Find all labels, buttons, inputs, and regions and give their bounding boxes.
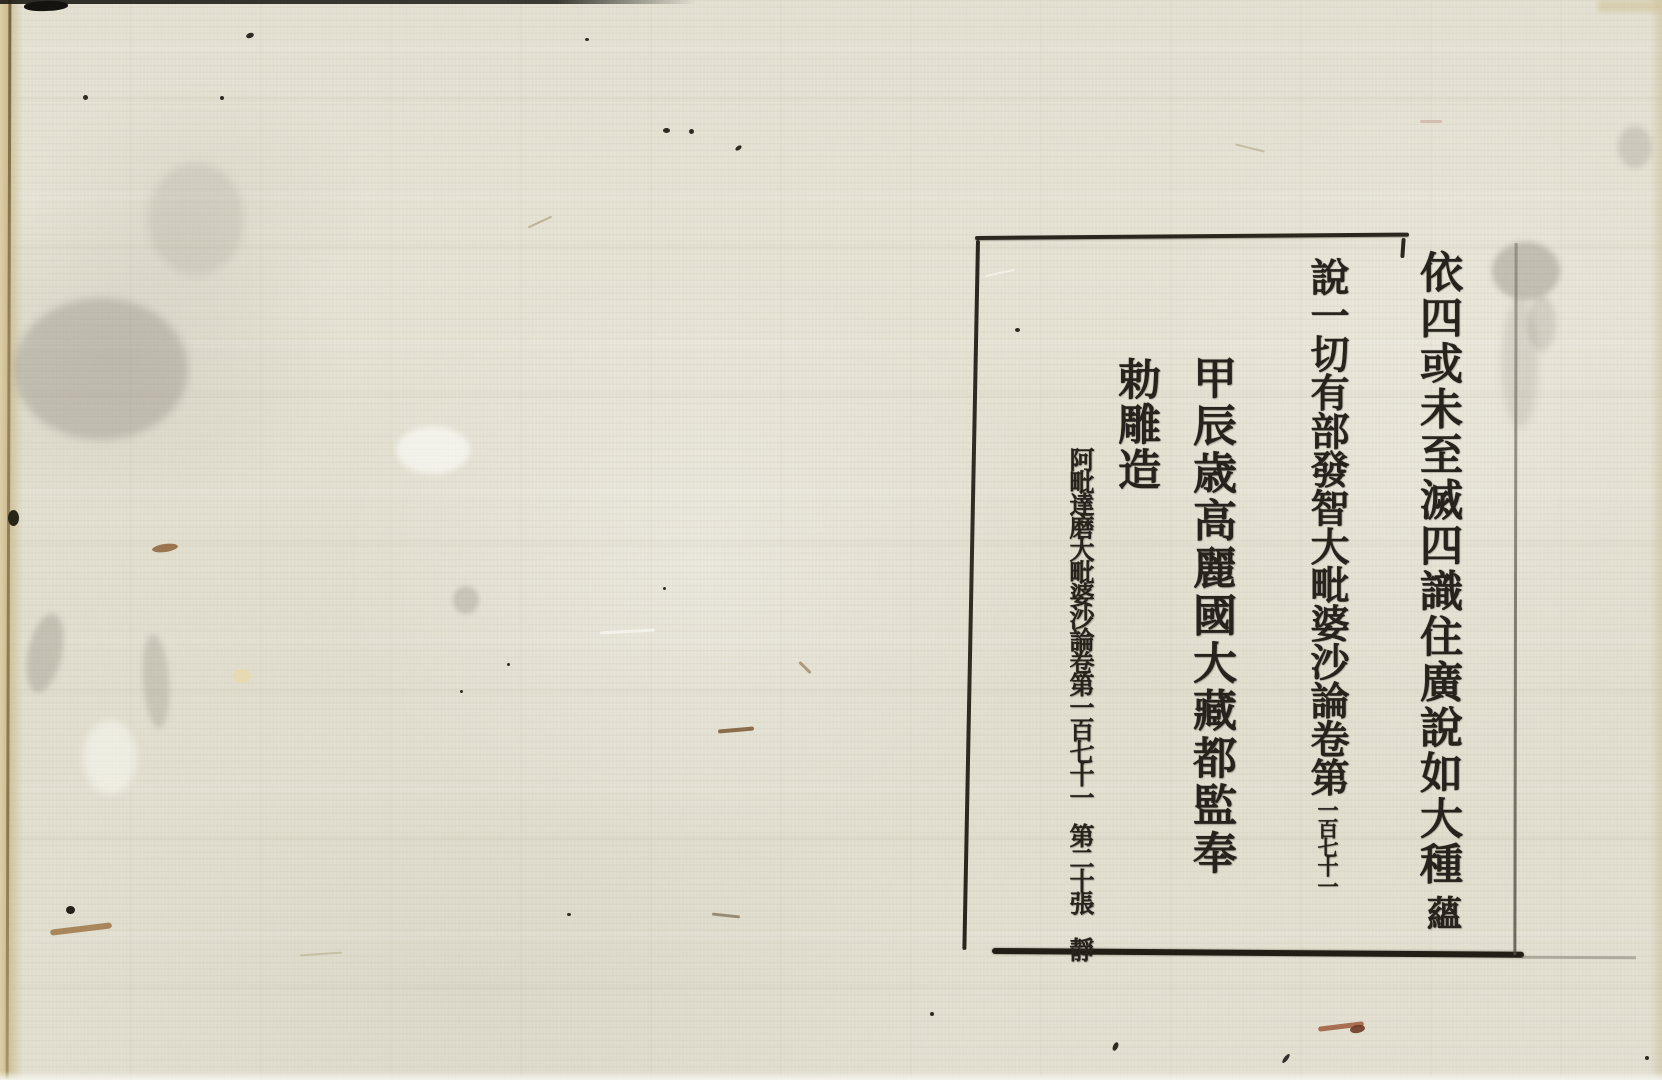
ink-speck <box>689 129 694 134</box>
closing-text-last-char: 蘊 <box>1421 887 1462 933</box>
page-top-edge <box>0 0 696 4</box>
paper-fiber <box>712 913 740 919</box>
paper-fiber <box>798 661 811 674</box>
page-top-corner-mark <box>24 0 68 12</box>
ink-speck <box>220 96 224 100</box>
ink-speck <box>930 1012 934 1016</box>
paper-fiber <box>1318 1021 1364 1032</box>
paper-stain <box>1618 126 1652 168</box>
paper-fiber <box>1235 143 1265 152</box>
ink-speck <box>507 663 510 666</box>
ink-speck <box>1015 328 1020 332</box>
paper-fiber <box>50 922 112 936</box>
ink-speck <box>567 913 571 916</box>
page-right-edge <box>1650 0 1662 1080</box>
ink-speck <box>585 38 589 41</box>
edict-column: 勅雕造 <box>1110 357 1162 492</box>
case-character: 靜 <box>1066 913 1095 960</box>
paper-fiber <box>528 216 552 229</box>
frame-border-right-fold-line <box>1513 243 1517 955</box>
paper-light-patch <box>396 426 470 474</box>
frame-border-bottom-faint <box>1522 956 1636 960</box>
frame-border-top <box>975 233 1409 240</box>
edict-text: 勅雕造 <box>1111 357 1161 492</box>
colophon-text: 甲辰歳高麗國大藏都監奉 <box>1185 355 1236 878</box>
ink-speck <box>663 587 666 590</box>
paper-fiber <box>300 952 342 957</box>
paper-fiber <box>1349 1024 1365 1034</box>
sheet-number: 第二十張 <box>1066 807 1095 913</box>
binding-edge-line <box>6 0 12 1080</box>
sheet-mark-title: 阿毗達磨大毗婆沙論卷第一百七十一 <box>1066 447 1095 807</box>
end-title-text: 說一切有部發智大毗婆沙論卷第 <box>1304 257 1350 796</box>
paper-fiber <box>1420 120 1442 123</box>
paper-fiber <box>718 726 754 733</box>
colophon-column: 甲辰歳高麗國大藏都監奉 <box>1181 355 1239 878</box>
sheet-mark-column: 阿毗達磨大毗婆沙論卷第一百七十一第二十張靜 <box>1061 447 1099 960</box>
ink-speck <box>734 144 742 151</box>
ink-speck <box>1111 1041 1119 1051</box>
paper-fiber <box>233 669 251 683</box>
ink-speck <box>1281 1053 1291 1064</box>
ink-smudge <box>1528 296 1556 351</box>
closing-text-column: 依四或未至滅四識住廣說如大種蘊 <box>1409 250 1467 933</box>
paper-light-patch <box>83 720 137 794</box>
paper-stain <box>14 298 188 440</box>
ink-smudge <box>1502 298 1538 428</box>
paper-stain <box>20 610 70 695</box>
paper-stain <box>140 633 172 729</box>
ink-speck <box>66 906 75 914</box>
ink-speck <box>1645 1056 1649 1060</box>
end-title-number: 一百七十一 <box>1315 796 1340 894</box>
ink-speck <box>460 690 463 693</box>
paper-fiber <box>600 629 655 635</box>
ink-speck <box>663 128 670 133</box>
paper-fiber <box>985 269 1015 277</box>
page-scan: 依四或未至滅四識住廣說如大種蘊 說一切有部發智大毗婆沙論卷第一百七十一 甲辰歳高… <box>0 0 1662 1080</box>
ink-smudge <box>1492 242 1560 300</box>
paper-stain <box>148 163 244 275</box>
paper-fiber <box>152 542 179 554</box>
frame-border-left <box>962 240 980 950</box>
paper-stain <box>453 586 479 614</box>
page-top-right-edge <box>1598 0 1662 12</box>
binding-edge <box>0 0 26 1080</box>
ink-speck <box>8 510 19 526</box>
ink-speck <box>245 32 254 39</box>
closing-text: 依四或未至滅四識住廣說如大種 <box>1413 250 1463 887</box>
page-bottom-edge <box>0 1071 1662 1080</box>
ink-speck <box>83 95 88 100</box>
frame-border-top-corner <box>1400 238 1405 258</box>
end-title-column: 說一切有部發智大毗婆沙論卷第一百七十一 <box>1299 257 1355 894</box>
